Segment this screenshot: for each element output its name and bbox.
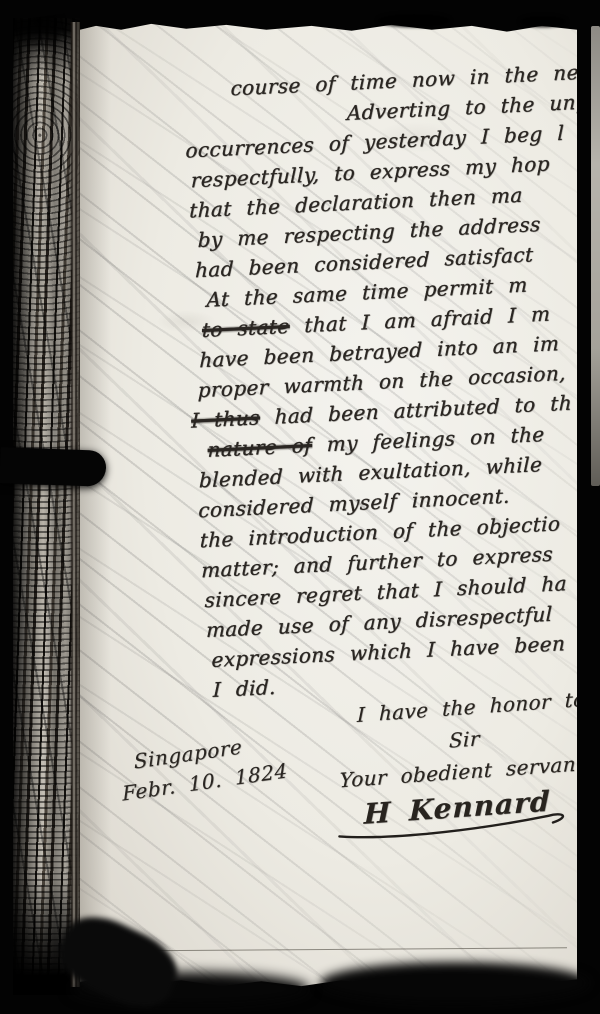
page-holder-blob [0, 447, 107, 487]
letter-body: course of time now in the nextAdverting … [154, 57, 600, 707]
page-gutter-edge [70, 22, 80, 987]
next-page-edge [591, 26, 600, 486]
scanned-letter-photo: course of time now in the nextAdverting … [0, 0, 600, 1014]
place-date-block: Singapore Febr. 10. 1824 [116, 726, 290, 809]
letter-closing: I have the honor to be Sir Your obedient… [298, 682, 600, 847]
letter-page: course of time now in the nextAdverting … [76, 21, 577, 990]
shadow-blob [320, 962, 590, 1004]
torn-edge-nick [378, 14, 450, 27]
torn-edge-nick [520, 16, 566, 27]
